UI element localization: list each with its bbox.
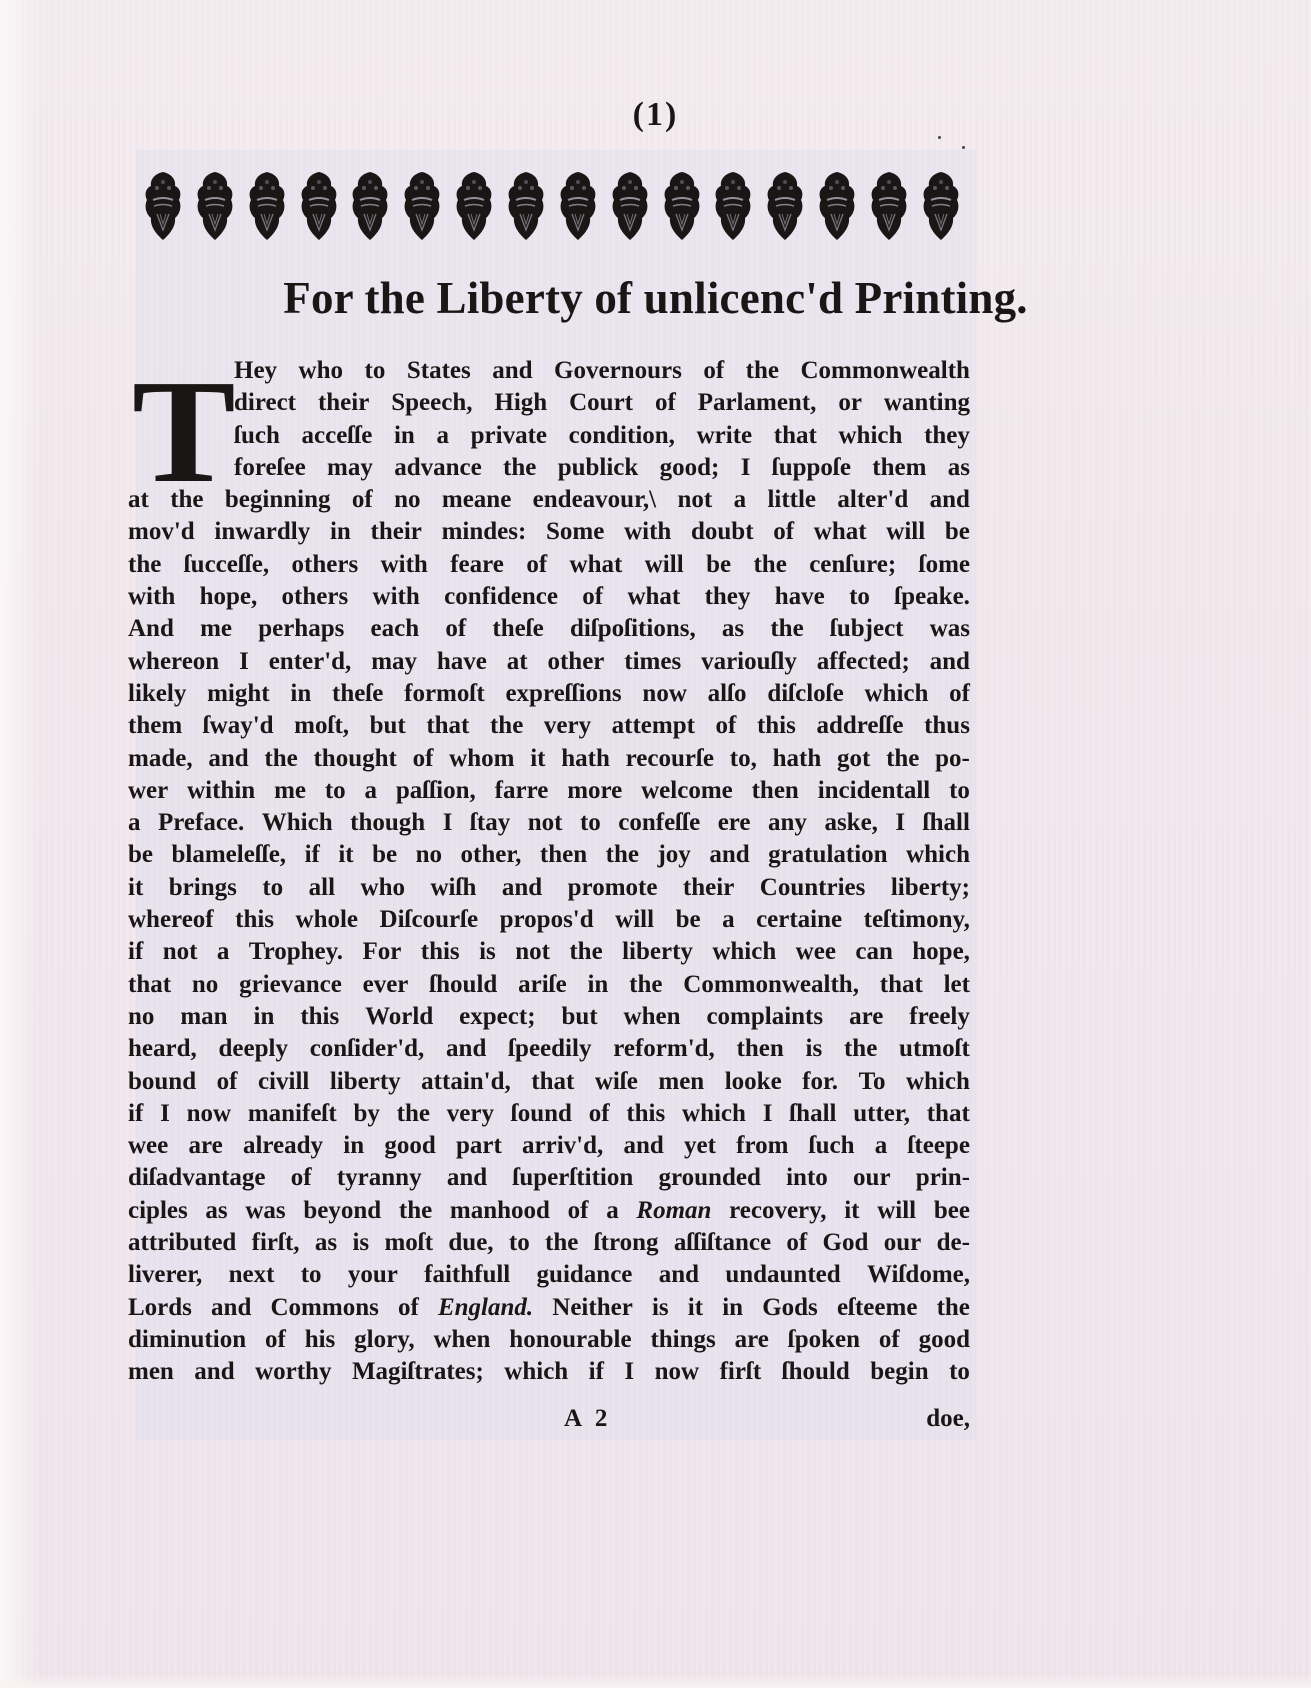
word: ſhall	[789, 1098, 836, 1130]
word: from	[736, 1130, 788, 1162]
word: aſſiſtance	[674, 1227, 771, 1259]
word: of	[445, 613, 466, 645]
word: attributed	[128, 1227, 236, 1259]
word: utter,	[853, 1098, 910, 1130]
word: the	[629, 969, 662, 1001]
word: it	[844, 1195, 859, 1227]
word: wer	[128, 775, 168, 807]
word: his	[305, 1324, 336, 1356]
word: a	[734, 484, 747, 516]
word: liberty;	[891, 872, 970, 904]
word: already	[243, 1130, 323, 1162]
word: grievance	[239, 969, 342, 1001]
word: to	[949, 1356, 970, 1388]
word: the	[937, 1292, 970, 1324]
word: Diſcourſe	[380, 904, 479, 936]
word: whole	[296, 904, 359, 936]
text-line: diſadvantageoftyrannyandſuperſtitiongrou…	[128, 1162, 970, 1194]
word: may	[371, 646, 417, 678]
word: Commonwealth,	[683, 969, 859, 1001]
word: hath	[561, 743, 610, 775]
word: things	[650, 1324, 715, 1356]
text-line: liverer,nexttoyourfaithfullguidanceandun…	[128, 1259, 970, 1291]
word: Preface.	[158, 807, 244, 839]
text-line: menandworthyMagiſtrates;whichifInowfirſt…	[128, 1356, 970, 1388]
word: very	[447, 1098, 494, 1130]
word: let	[944, 969, 970, 1001]
word: For	[362, 936, 401, 968]
page-number: (1)	[0, 96, 1311, 134]
word: when	[624, 1001, 681, 1033]
word: mindes:	[442, 516, 527, 548]
word: and	[194, 1356, 234, 1388]
word: diſpoſitions,	[570, 613, 696, 645]
word: this	[235, 904, 274, 936]
word: recourſe	[626, 743, 714, 775]
word: complaints	[706, 1001, 823, 1033]
text-line: Andmeperhapseachoftheſediſpoſitions,asth…	[128, 613, 970, 645]
word: in	[343, 1130, 364, 1162]
text-line: whereonIenter'd,mayhaveatothertimesvario…	[128, 646, 970, 678]
text-line: beblameleſſe,ifitbenoother,thenthejoyand…	[128, 839, 970, 871]
word: enter'd,	[269, 646, 352, 678]
word: States	[407, 355, 471, 387]
word: ſhall	[923, 807, 970, 839]
fleuron-ornament-icon	[661, 170, 703, 242]
word: the	[170, 484, 203, 516]
word: I	[895, 807, 905, 839]
text-line: foreſeemayadvancethepublickgood;Iſuppoſe…	[128, 452, 970, 484]
word: ſubject	[830, 613, 904, 645]
word: England.	[438, 1292, 533, 1324]
word: feare	[450, 549, 504, 581]
word: of	[352, 484, 373, 516]
word: what	[627, 581, 680, 613]
word: and	[211, 1292, 251, 1324]
word: who	[299, 355, 343, 387]
word: brings	[169, 872, 237, 904]
word: of	[217, 1066, 238, 1098]
word: meane	[442, 484, 511, 516]
word: aske,	[824, 807, 877, 839]
word: publick	[558, 452, 639, 484]
word: not	[515, 936, 550, 968]
word: are	[188, 1130, 222, 1162]
word: now	[642, 678, 686, 710]
word: theſe	[492, 613, 543, 645]
word: the	[397, 1098, 430, 1130]
word: whom	[449, 743, 514, 775]
word: welcome	[641, 775, 733, 807]
word: direct	[234, 387, 296, 419]
word: times	[624, 646, 681, 678]
fleuron-ornament-icon	[505, 170, 547, 242]
word: with	[381, 549, 428, 581]
word: liberty	[622, 936, 693, 968]
word: if	[128, 1098, 143, 1130]
text-line: aPreface.WhichthoughIſtaynottoconfeſſeer…	[128, 807, 970, 839]
word: ſuperſtition	[512, 1162, 633, 1194]
word: the	[503, 452, 536, 484]
word: Countries	[760, 872, 866, 904]
word: theſe	[332, 678, 383, 710]
word: a	[606, 1195, 619, 1227]
word: by	[353, 1098, 379, 1130]
word: that	[774, 420, 817, 452]
word: part	[456, 1130, 502, 1162]
word: is	[652, 1292, 669, 1324]
word: as	[722, 613, 744, 645]
word: Lords	[128, 1292, 192, 1324]
fleuron-ornament-icon	[712, 170, 754, 242]
word: the	[770, 613, 803, 645]
word: if	[305, 839, 320, 871]
word: manhood	[450, 1195, 550, 1227]
word: others	[282, 581, 349, 613]
word: Which	[262, 807, 333, 839]
word: be	[128, 839, 153, 871]
word: our	[853, 1162, 891, 1194]
word: me	[274, 775, 306, 807]
text-line: nomaninthisWorldexpect;butwhencomplaints…	[128, 1001, 970, 1033]
word: good	[384, 1130, 435, 1162]
word: alter'd	[837, 484, 908, 516]
word: be	[706, 549, 731, 581]
fleuron-ornament-icon	[194, 170, 236, 242]
word: inwardly	[214, 516, 310, 548]
word: good	[919, 1324, 970, 1356]
ink-speck	[938, 136, 941, 139]
word: me	[200, 613, 232, 645]
ornament-row	[142, 168, 962, 244]
word: of	[526, 549, 547, 581]
word: wiſe	[595, 1066, 638, 1098]
word: a	[365, 775, 378, 807]
word: And	[128, 613, 174, 645]
word: it	[530, 743, 545, 775]
word: advance	[394, 452, 482, 484]
word: for.	[802, 1066, 838, 1098]
word: as	[205, 1195, 227, 1227]
word: the	[128, 549, 161, 581]
word: ſteepe	[907, 1130, 969, 1162]
word: God	[823, 1227, 869, 1259]
word: endeavour,\	[533, 484, 656, 516]
word: Speech,	[391, 387, 472, 419]
word: wee	[128, 1130, 168, 1162]
word: their	[371, 516, 422, 548]
word: the	[490, 710, 523, 742]
page-title: For the Liberty of unlicenc'd Printing.	[0, 272, 1311, 324]
word: perhaps	[258, 613, 344, 645]
word: men	[128, 1356, 174, 1388]
word: Parlament,	[698, 387, 817, 419]
word: which	[864, 678, 928, 710]
word: be	[945, 516, 970, 548]
word: honourable	[509, 1324, 631, 1356]
word: of	[786, 1227, 807, 1259]
word: will	[645, 549, 684, 581]
word: utmoſt	[899, 1033, 970, 1065]
word: reform'd,	[613, 1033, 715, 1065]
word: I	[160, 1098, 170, 1130]
word: are	[735, 1324, 769, 1356]
word: of	[949, 678, 970, 710]
word: in	[254, 1001, 275, 1033]
word: into	[786, 1162, 828, 1194]
word: whereof	[128, 904, 214, 936]
word: prin-	[916, 1162, 970, 1194]
word: incidentall	[818, 775, 931, 807]
word: beginning	[225, 484, 331, 516]
word: is	[806, 1033, 823, 1065]
word: heard,	[128, 1033, 197, 1065]
word: Some	[546, 516, 604, 548]
word: the	[844, 1033, 877, 1065]
word: and	[659, 1259, 699, 1291]
word: hope,	[912, 936, 970, 968]
word: to	[365, 355, 386, 387]
text-line: ifnotaTrophey.Forthisisnotthelibertywhic…	[128, 936, 970, 968]
word: Hey	[234, 355, 277, 387]
word: that	[927, 1098, 970, 1130]
word: will	[615, 904, 654, 936]
word: promote	[568, 872, 658, 904]
word: as	[315, 1227, 337, 1259]
word: bound	[128, 1066, 196, 1098]
word: at	[507, 646, 528, 678]
word: men	[658, 1066, 704, 1098]
word: ariſe	[518, 969, 567, 1001]
text-line: made,andthethoughtofwhomithathrecourſeto…	[128, 743, 970, 775]
text-line: withhope,otherswithconfidenceofwhattheyh…	[128, 581, 970, 613]
fleuron-ornament-icon	[557, 170, 599, 242]
word: begin	[870, 1356, 928, 1388]
word: the	[399, 1195, 432, 1227]
word: faithfull	[424, 1259, 510, 1291]
word: Magiſtrates;	[352, 1356, 484, 1388]
word: and	[208, 743, 248, 775]
word: not	[528, 807, 563, 839]
fleuron-ornament-icon	[349, 170, 391, 242]
word: of	[398, 1292, 419, 1324]
word: it	[128, 872, 143, 904]
word: I	[763, 1098, 773, 1130]
word: a	[128, 807, 141, 839]
word: Court	[569, 387, 633, 419]
fleuron-ornament-icon	[401, 170, 443, 242]
word: liberty	[330, 1066, 401, 1098]
word: is	[352, 1227, 369, 1259]
word: within	[187, 775, 255, 807]
word: ſuch	[809, 1130, 855, 1162]
word: wiſh	[431, 872, 477, 904]
word: that	[128, 969, 171, 1001]
text-line: boundofcivilllibertyattain'd,thatwiſemen…	[128, 1066, 970, 1098]
word: joy	[657, 839, 690, 871]
word: ciples	[128, 1195, 188, 1227]
word: no	[128, 1001, 154, 1033]
word: your	[348, 1259, 398, 1291]
word: of	[291, 1162, 312, 1194]
word: tyranny	[337, 1162, 422, 1194]
word: Governours	[554, 355, 682, 387]
word: not	[677, 484, 712, 516]
word: of	[413, 743, 434, 775]
word: that	[426, 710, 469, 742]
word: affected;	[817, 646, 910, 678]
word: then	[752, 775, 799, 807]
word: which	[906, 839, 970, 871]
word: this	[421, 936, 460, 968]
word: de-	[937, 1227, 970, 1259]
word: they	[705, 581, 751, 613]
word: of	[703, 355, 724, 387]
word: likely	[128, 678, 186, 710]
fleuron-ornament-icon	[920, 170, 962, 242]
word: good;	[660, 452, 720, 484]
word: I	[624, 1356, 634, 1388]
word: though	[350, 807, 425, 839]
word: is	[479, 936, 496, 968]
word: might	[207, 678, 270, 710]
word: condition,	[569, 420, 675, 452]
fleuron-ornament-icon	[453, 170, 495, 242]
word: ſtay	[470, 807, 510, 839]
page-footer: A 2 doe,	[128, 1405, 970, 1437]
word: the	[264, 743, 297, 775]
word: then	[540, 839, 587, 871]
word: as	[948, 452, 970, 484]
fleuron-ornament-icon	[609, 170, 651, 242]
word: man	[180, 1001, 227, 1033]
word: their	[683, 872, 734, 904]
word: the	[569, 936, 602, 968]
word: this	[300, 1001, 339, 1033]
word: which	[906, 1066, 970, 1098]
word: ſome	[919, 549, 970, 581]
word: glory,	[354, 1324, 414, 1356]
word: when	[433, 1324, 490, 1356]
text-line: ifInowmanifeſtbytheveryſoundofthiswhichI…	[128, 1098, 970, 1130]
word: thus	[924, 710, 970, 742]
word: very	[544, 710, 591, 742]
word: to	[325, 775, 346, 807]
word: to	[301, 1259, 322, 1291]
text-line: directtheirSpeech,HighCourtofParlament,o…	[128, 387, 970, 419]
word: and	[446, 1033, 486, 1065]
word: them	[872, 452, 926, 484]
text-line: themſway'dmoſt,butthattheveryattemptofth…	[128, 710, 970, 742]
word: but	[561, 1001, 597, 1033]
text-line: atthebeginningofnomeaneendeavour,\notali…	[128, 484, 970, 516]
word: more	[567, 775, 622, 807]
word: ſway'd	[203, 710, 274, 742]
word: it	[338, 839, 353, 871]
word: grounded	[659, 1162, 761, 1194]
word: be	[676, 904, 701, 936]
word: made,	[128, 743, 193, 775]
text-line: ciplesaswasbeyondthemanhoodofaRomanrecov…	[128, 1195, 970, 1227]
word: the	[545, 1227, 578, 1259]
word: to	[580, 807, 601, 839]
word: foreſee	[234, 452, 306, 484]
word: to,	[730, 743, 757, 775]
paper-left-edge	[0, 0, 40, 1688]
word: what	[814, 516, 867, 548]
word: of	[879, 1324, 900, 1356]
word: World	[365, 1001, 433, 1033]
word: expect;	[459, 1001, 535, 1033]
word: ſound	[511, 1098, 572, 1130]
word: no	[394, 484, 420, 516]
word: alſo	[708, 678, 747, 710]
word: moſt	[384, 1227, 433, 1259]
word: a	[436, 420, 449, 452]
word: a	[722, 904, 735, 936]
word: will	[886, 516, 925, 548]
word: a	[875, 1130, 888, 1162]
body-text: HeywhotoStatesandGovernoursoftheCommonwe…	[128, 355, 970, 1389]
word: their	[318, 387, 369, 419]
catchword: doe,	[926, 1405, 970, 1433]
word: mov'd	[128, 516, 195, 548]
word: and	[930, 484, 970, 516]
text-line: mov'dinwardlyintheirmindes:Somewithdoubt…	[128, 516, 970, 548]
word: paſſion,	[396, 775, 476, 807]
word: Commons	[271, 1292, 379, 1324]
word: wanting	[884, 387, 970, 419]
text-line: diminutionofhisglory,whenhonourablething…	[128, 1324, 970, 1356]
word: bee	[934, 1195, 970, 1227]
word: then	[737, 1033, 784, 1065]
word: can	[855, 936, 893, 968]
word: of	[568, 1195, 589, 1227]
word: deeply	[219, 1033, 288, 1065]
word: High	[494, 387, 547, 419]
text-line: ſuchacceſſeinaprivatecondition,writethat…	[128, 420, 970, 452]
word: now	[655, 1356, 699, 1388]
word: attain'd,	[421, 1066, 511, 1098]
word: no	[416, 839, 442, 871]
word: firſt	[720, 1356, 762, 1388]
word: which	[712, 936, 776, 968]
word: others	[292, 549, 359, 581]
word: they	[924, 420, 970, 452]
word: was	[930, 613, 970, 645]
word: ſtrong	[594, 1227, 659, 1259]
word: I	[443, 807, 453, 839]
word: confeſſe	[618, 807, 700, 839]
word: cenſure;	[809, 549, 896, 581]
word: be	[372, 839, 397, 871]
word: the	[606, 839, 639, 871]
word: no	[192, 969, 218, 1001]
word: formoſt	[404, 678, 485, 710]
word: a	[217, 936, 230, 968]
word: firſt,	[252, 1227, 300, 1259]
word: looke	[725, 1066, 782, 1098]
word: po-	[935, 743, 970, 775]
word: ſhould	[782, 1356, 850, 1388]
word: gratulation	[768, 839, 887, 871]
word: ere	[718, 807, 751, 839]
word: Trophey.	[249, 936, 343, 968]
fleuron-ornament-icon	[764, 170, 806, 242]
word: ever	[363, 969, 409, 1001]
word: and	[447, 1162, 487, 1194]
word: farre	[495, 775, 549, 807]
